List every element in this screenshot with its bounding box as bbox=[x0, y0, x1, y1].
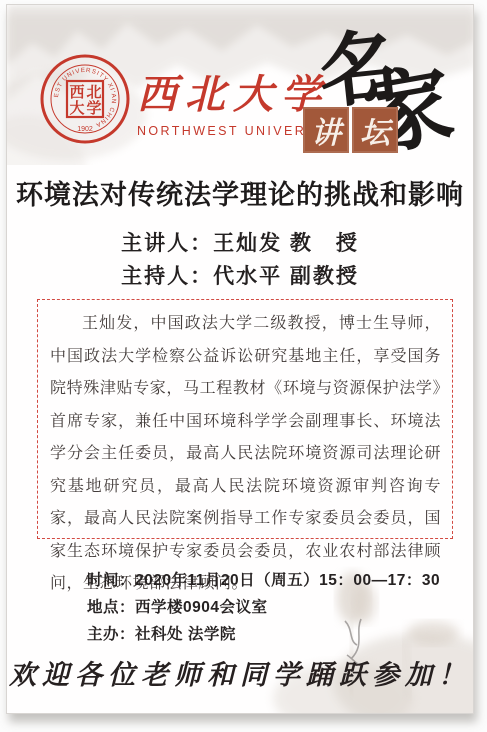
event-time-label: 时间： bbox=[87, 572, 135, 589]
lecture-title: 环境法对传统法学理论的挑战和影响 bbox=[7, 173, 473, 212]
event-info-block: 时间：2020年11月20日（周五）15：00—17：30 地点：西学楼0904… bbox=[87, 567, 440, 648]
event-organizer-row: 主办：社科处 法学院 bbox=[87, 621, 440, 648]
speaker-bio-box: 王灿发，中国政法大学二级教授，博士生导师，中国政法大学检察公益诉讼研究基地主任，… bbox=[37, 299, 453, 539]
speaker-line: 主讲人：王灿发 教 授 bbox=[7, 227, 473, 260]
university-name-cn: 西北大学 bbox=[137, 63, 327, 120]
speaker-name: 王灿发 bbox=[213, 232, 282, 255]
event-place-row: 地点：西学楼0904会议室 bbox=[87, 594, 440, 621]
speaker-bio-text: 王灿发，中国政法大学二级教授，博士生导师，中国政法大学检察公益诉讼研究基地主任，… bbox=[50, 308, 441, 601]
event-place-value: 西学楼0904会议室 bbox=[135, 599, 267, 616]
lecture-poster: NORTHWEST UNIVERSITY XI'AN CHINA 西 北 大 学… bbox=[6, 4, 474, 714]
page-background: NORTHWEST UNIVERSITY XI'AN CHINA 西 北 大 学… bbox=[0, 0, 487, 732]
seal-char-3: 大 bbox=[69, 100, 84, 117]
forum-square-tan: 坛 bbox=[352, 107, 398, 153]
speaker-label: 主讲人： bbox=[121, 232, 213, 255]
university-seal-logo: NORTHWEST UNIVERSITY XI'AN CHINA 西 北 大 学… bbox=[39, 53, 131, 145]
event-time-row: 时间：2020年11月20日（周五）15：00—17：30 bbox=[87, 567, 440, 594]
event-time-value: 2020年11月20日（周五）15：00—17：30 bbox=[135, 572, 440, 589]
seal-char-2: 北 bbox=[86, 84, 101, 101]
seal-char-1: 西 bbox=[69, 84, 84, 101]
event-organizer-value: 社科处 法学院 bbox=[135, 626, 236, 643]
seal-char-4: 学 bbox=[86, 99, 101, 117]
host-title: 副教授 bbox=[290, 265, 359, 288]
forum-subtitle-squares: 讲 坛 bbox=[303, 107, 398, 153]
university-name-block: 西北大学 NORTHWEST UNIVERSITY bbox=[137, 63, 327, 138]
speaker-block: 主讲人：王灿发 教 授 主持人：代水平 副教授 bbox=[7, 227, 473, 293]
host-label: 主持人： bbox=[121, 265, 213, 288]
event-place-label: 地点： bbox=[87, 599, 135, 616]
forum-square-jiang: 讲 bbox=[303, 107, 349, 153]
welcome-footer-text: 欢迎各位老师和同学踊跃参加！ bbox=[7, 653, 473, 692]
university-name-en: NORTHWEST UNIVERSITY bbox=[137, 124, 327, 138]
host-name: 代水平 bbox=[213, 265, 282, 288]
speaker-title: 教 授 bbox=[290, 232, 359, 255]
event-organizer-label: 主办： bbox=[87, 626, 135, 643]
host-line: 主持人：代水平 副教授 bbox=[7, 260, 473, 293]
seal-year: 1902 bbox=[77, 126, 93, 133]
